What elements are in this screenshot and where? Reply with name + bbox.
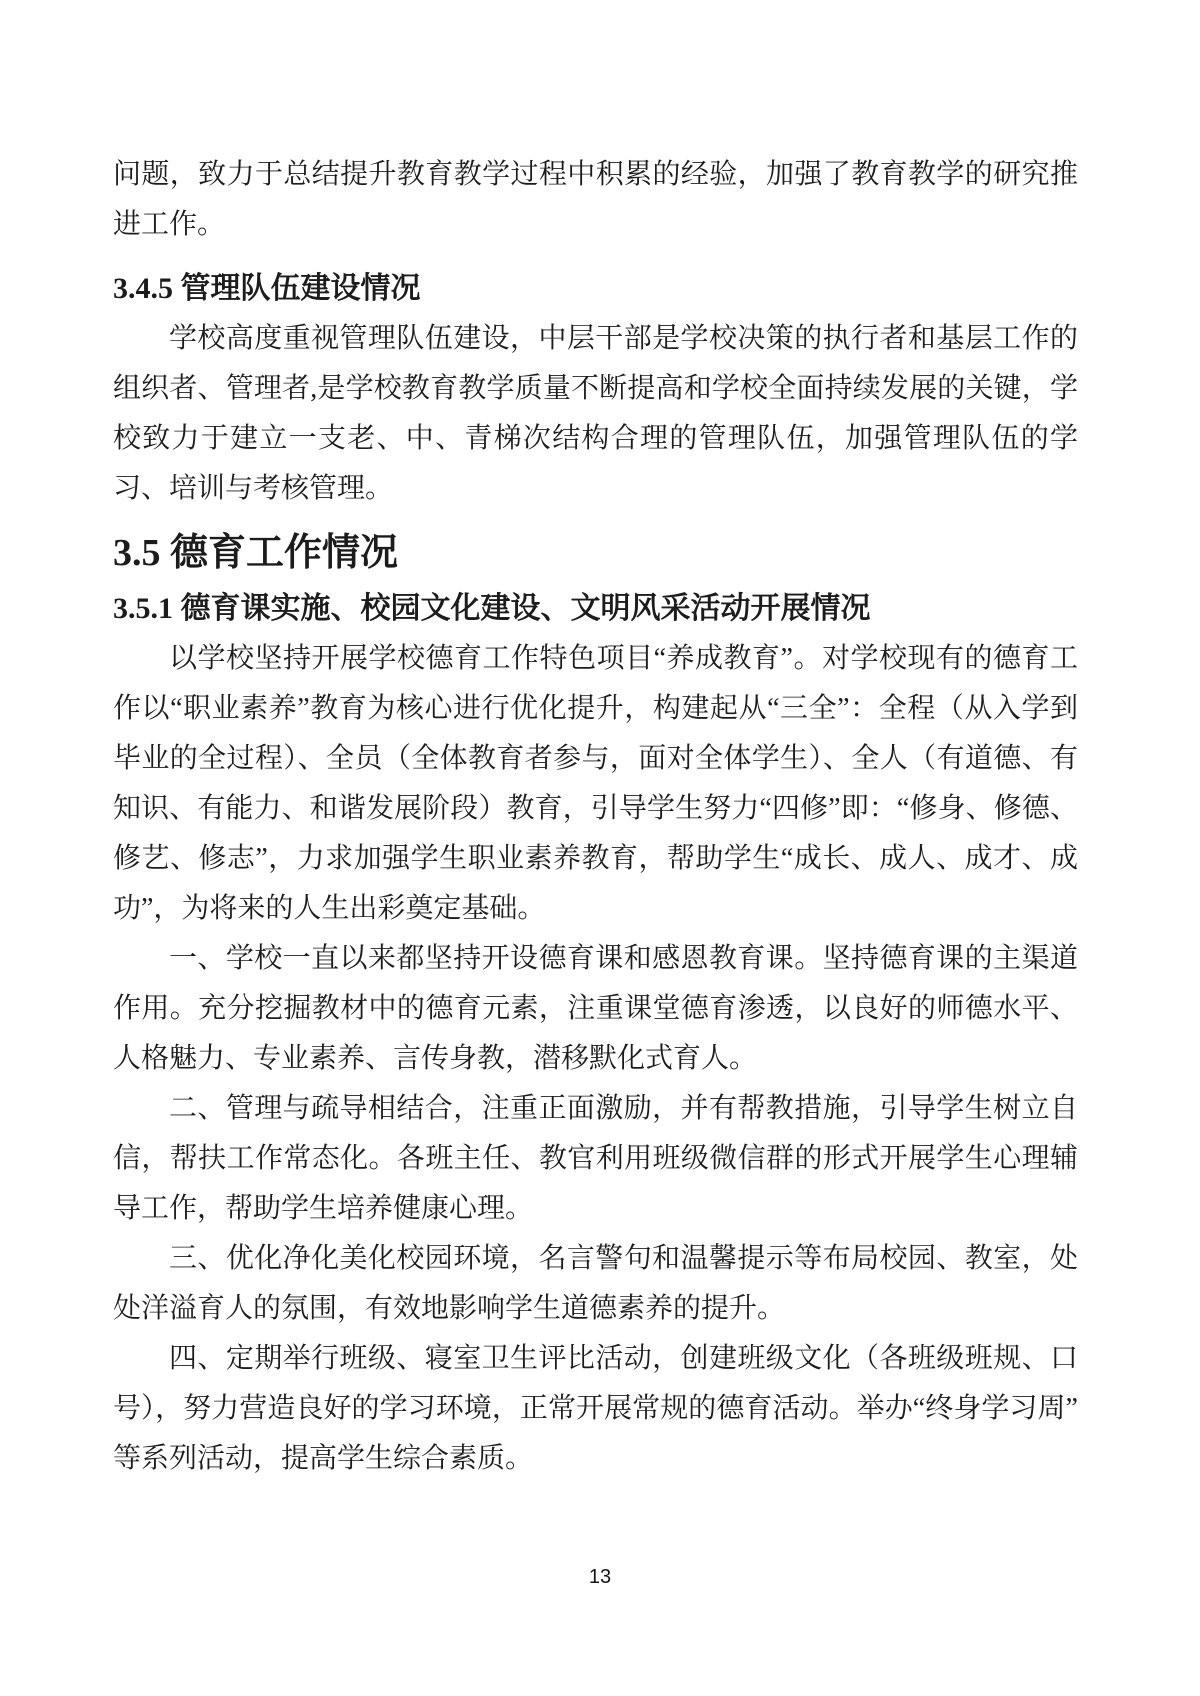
- page-number: 13: [0, 1566, 1200, 1589]
- paragraph-item-1-moral-course: 一、学校一直以来都坚持开设德育课和感恩教育课。坚持德育课的主渠道作用。充分挖掘教…: [113, 934, 1078, 1084]
- paragraph-management-team: 学校高度重视管理队伍建设，中层干部是学校决策的执行者和基层工作的组织者、管理者,…: [113, 314, 1078, 514]
- paragraph-item-3-campus-environment: 三、优化净化美化校园环境，名言警句和温馨提示等布局校园、教室，处处洋溢育人的氛围…: [113, 1234, 1078, 1334]
- paragraph-item-4-class-culture: 四、定期举行班级、寝室卫生评比活动，创建班级文化（各班级班规、口号），努力营造良…: [113, 1334, 1078, 1484]
- continued-paragraph: 问题，致力于总结提升教育教学过程中积累的经验，加强了教育教学的研究推进工作。: [113, 150, 1078, 250]
- paragraph-moral-education-overview: 以学校坚持开展学校德育工作特色项目“养成教育”。对学校现有的德育工作以“职业素养…: [113, 634, 1078, 934]
- heading-3-5-1-moral-course: 3.5.1 德育课实施、校园文化建设、文明风采活动开展情况: [113, 584, 1078, 634]
- heading-3-5-moral-education: 3.5 德育工作情况: [113, 522, 1078, 584]
- page-content: 问题，致力于总结提升教育教学过程中积累的经验，加强了教育教学的研究推进工作。 3…: [113, 150, 1078, 1484]
- document-page: 问题，致力于总结提升教育教学过程中积累的经验，加强了教育教学的研究推进工作。 3…: [0, 0, 1200, 1696]
- paragraph-item-2-guidance: 二、管理与疏导相结合，注重正面激励，并有帮教措施，引导学生树立自信，帮扶工作常态…: [113, 1084, 1078, 1234]
- heading-3-4-5-management-team: 3.4.5 管理队伍建设情况: [113, 264, 1078, 314]
